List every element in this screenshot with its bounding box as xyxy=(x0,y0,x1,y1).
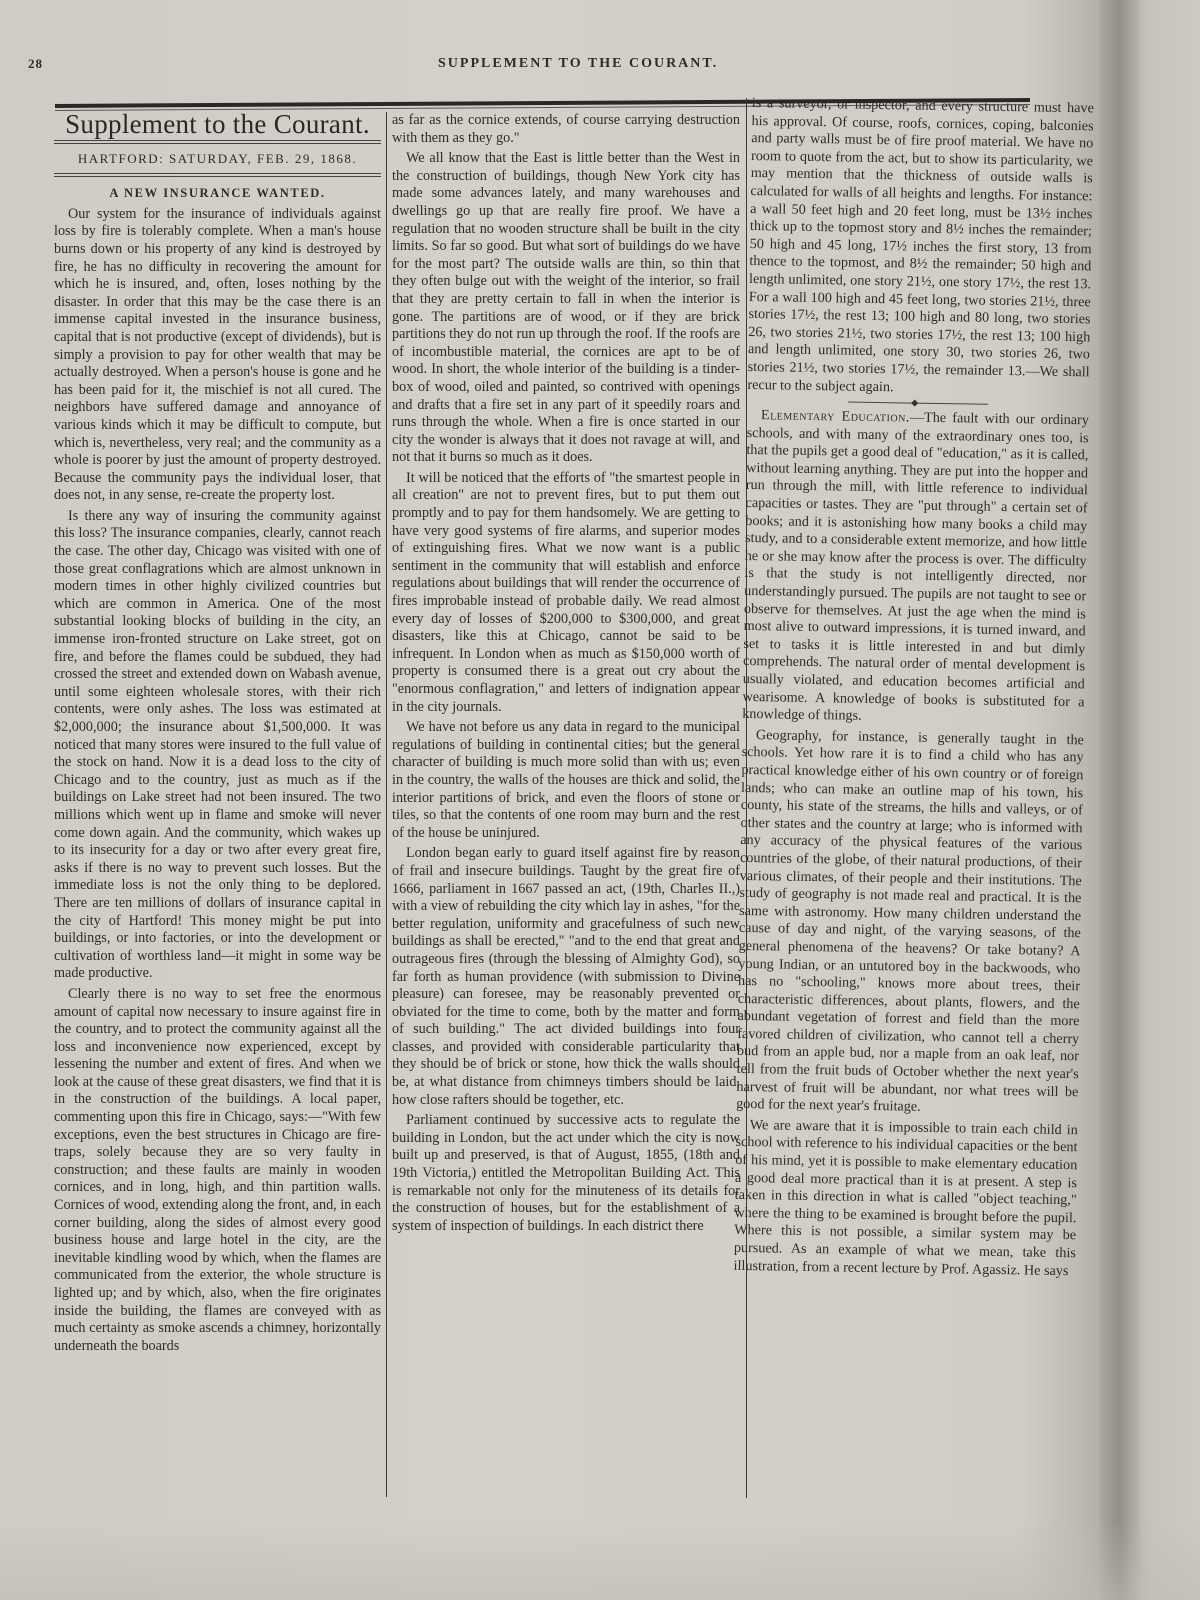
article-paragraph: Is there any way of insuring the communi… xyxy=(54,508,381,983)
masthead-rule xyxy=(54,173,381,177)
running-title: SUPPLEMENT TO THE COURANT. xyxy=(438,56,718,72)
article-paragraph-continued: is a surveyor, or inspector, and every s… xyxy=(747,95,1094,399)
page-fold-shadow xyxy=(1100,0,1140,1600)
article-paragraph: We are aware that it is impossible to tr… xyxy=(733,1117,1077,1281)
page-bottom-shade xyxy=(0,1520,1200,1600)
column-divider xyxy=(386,112,387,1497)
page-number: 28 xyxy=(28,56,43,72)
column-3: is a surveyor, or inspector, and every s… xyxy=(733,95,1093,1280)
article-paragraph: We have not before us any data in regard… xyxy=(392,719,740,842)
article-paragraph: Parliament continued by successive acts … xyxy=(392,1112,740,1235)
newspaper-page: 28 SUPPLEMENT TO THE COURANT. Supplement… xyxy=(0,0,1200,1600)
article-paragraph: Geography, for instance, is generally ta… xyxy=(736,727,1084,1119)
article-paragraph: Elementary Education.—The fault with our… xyxy=(742,407,1089,729)
article-paragraph: Our system for the insurance of individu… xyxy=(54,206,381,505)
masthead-rule xyxy=(54,140,381,144)
section-separator xyxy=(848,402,988,405)
column-1: Supplement to the Courant. HARTFORD: SAT… xyxy=(54,112,381,1355)
article-paragraph-continued: as far as the cornice extends, of course… xyxy=(392,112,740,147)
paragraph-text: —The fault with our ordinary schools, an… xyxy=(742,410,1089,724)
article-paragraph: Clearly there is no way to set free the … xyxy=(54,986,381,1355)
masthead-title: Supplement to the Courant. xyxy=(54,116,381,134)
column-2: as far as the cornice extends, of course… xyxy=(392,112,740,1235)
dateline: HARTFORD: SATURDAY, FEB. 29, 1868. xyxy=(54,146,381,172)
article-paragraph: London began early to guard itself again… xyxy=(392,845,740,1109)
running-header: 28 SUPPLEMENT TO THE COURANT. xyxy=(28,56,1058,78)
article-paragraph: It will be noticed that the efforts of "… xyxy=(392,470,740,716)
article-title: A NEW INSURANCE WANTED. xyxy=(54,185,381,203)
article-paragraph: We all know that the East is little bett… xyxy=(392,150,740,467)
section-heading: Elementary Education. xyxy=(761,407,910,425)
